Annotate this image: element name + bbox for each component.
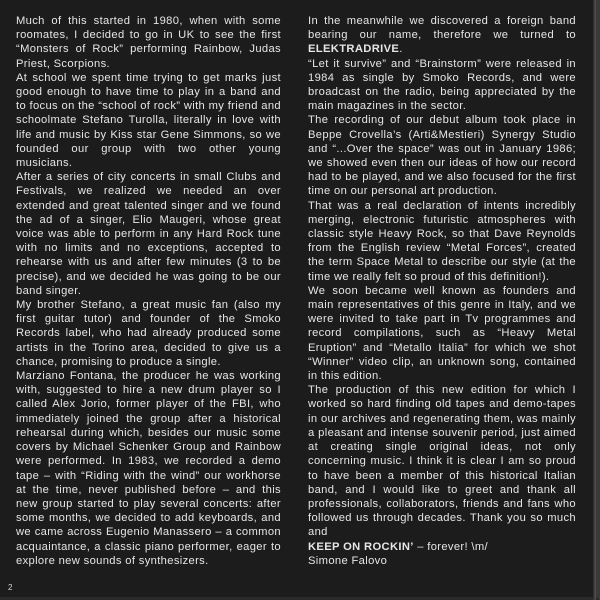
closing-rest: – forever! \m/ — [414, 541, 488, 553]
page-edge — [593, 0, 596, 600]
paragraph-text: . — [399, 43, 402, 55]
closing-line: KEEP ON ROCKIN’ – forever! \m/ — [308, 540, 576, 554]
paragraph: That was a real declaration of intents i… — [308, 199, 576, 284]
paragraph: At school we spent time trying to get ma… — [16, 71, 281, 170]
paragraph-text: In the meanwhile we discovered a foreign… — [308, 15, 576, 41]
booklet-page: Much of this started in 1980, when with … — [0, 0, 600, 600]
page-number: 2 — [8, 583, 12, 592]
paragraph: The recording of our debut album took pl… — [308, 113, 576, 198]
paragraph: After a series of city concerts in small… — [16, 170, 281, 298]
paragraph: Much of this started in 1980, when with … — [16, 14, 281, 71]
signature: Simone Falovo — [308, 554, 576, 568]
left-column: Much of this started in 1980, when with … — [16, 14, 281, 568]
paragraph: The production of this new edition for w… — [308, 383, 576, 539]
paragraph: Marziano Fontana, the producer he was wo… — [16, 369, 281, 568]
paragraph: “Let it survive” and “Brainstorm” were r… — [308, 57, 576, 114]
closing-bold: KEEP ON ROCKIN’ — [308, 541, 414, 553]
band-name: ELEKTRADRIVE — [308, 43, 399, 55]
paragraph: In the meanwhile we discovered a foreign… — [308, 14, 576, 57]
paragraph: We soon became well known as founders an… — [308, 284, 576, 383]
right-column: In the meanwhile we discovered a foreign… — [308, 14, 576, 568]
paragraph: My brother Stefano, a great music fan (a… — [16, 298, 281, 369]
